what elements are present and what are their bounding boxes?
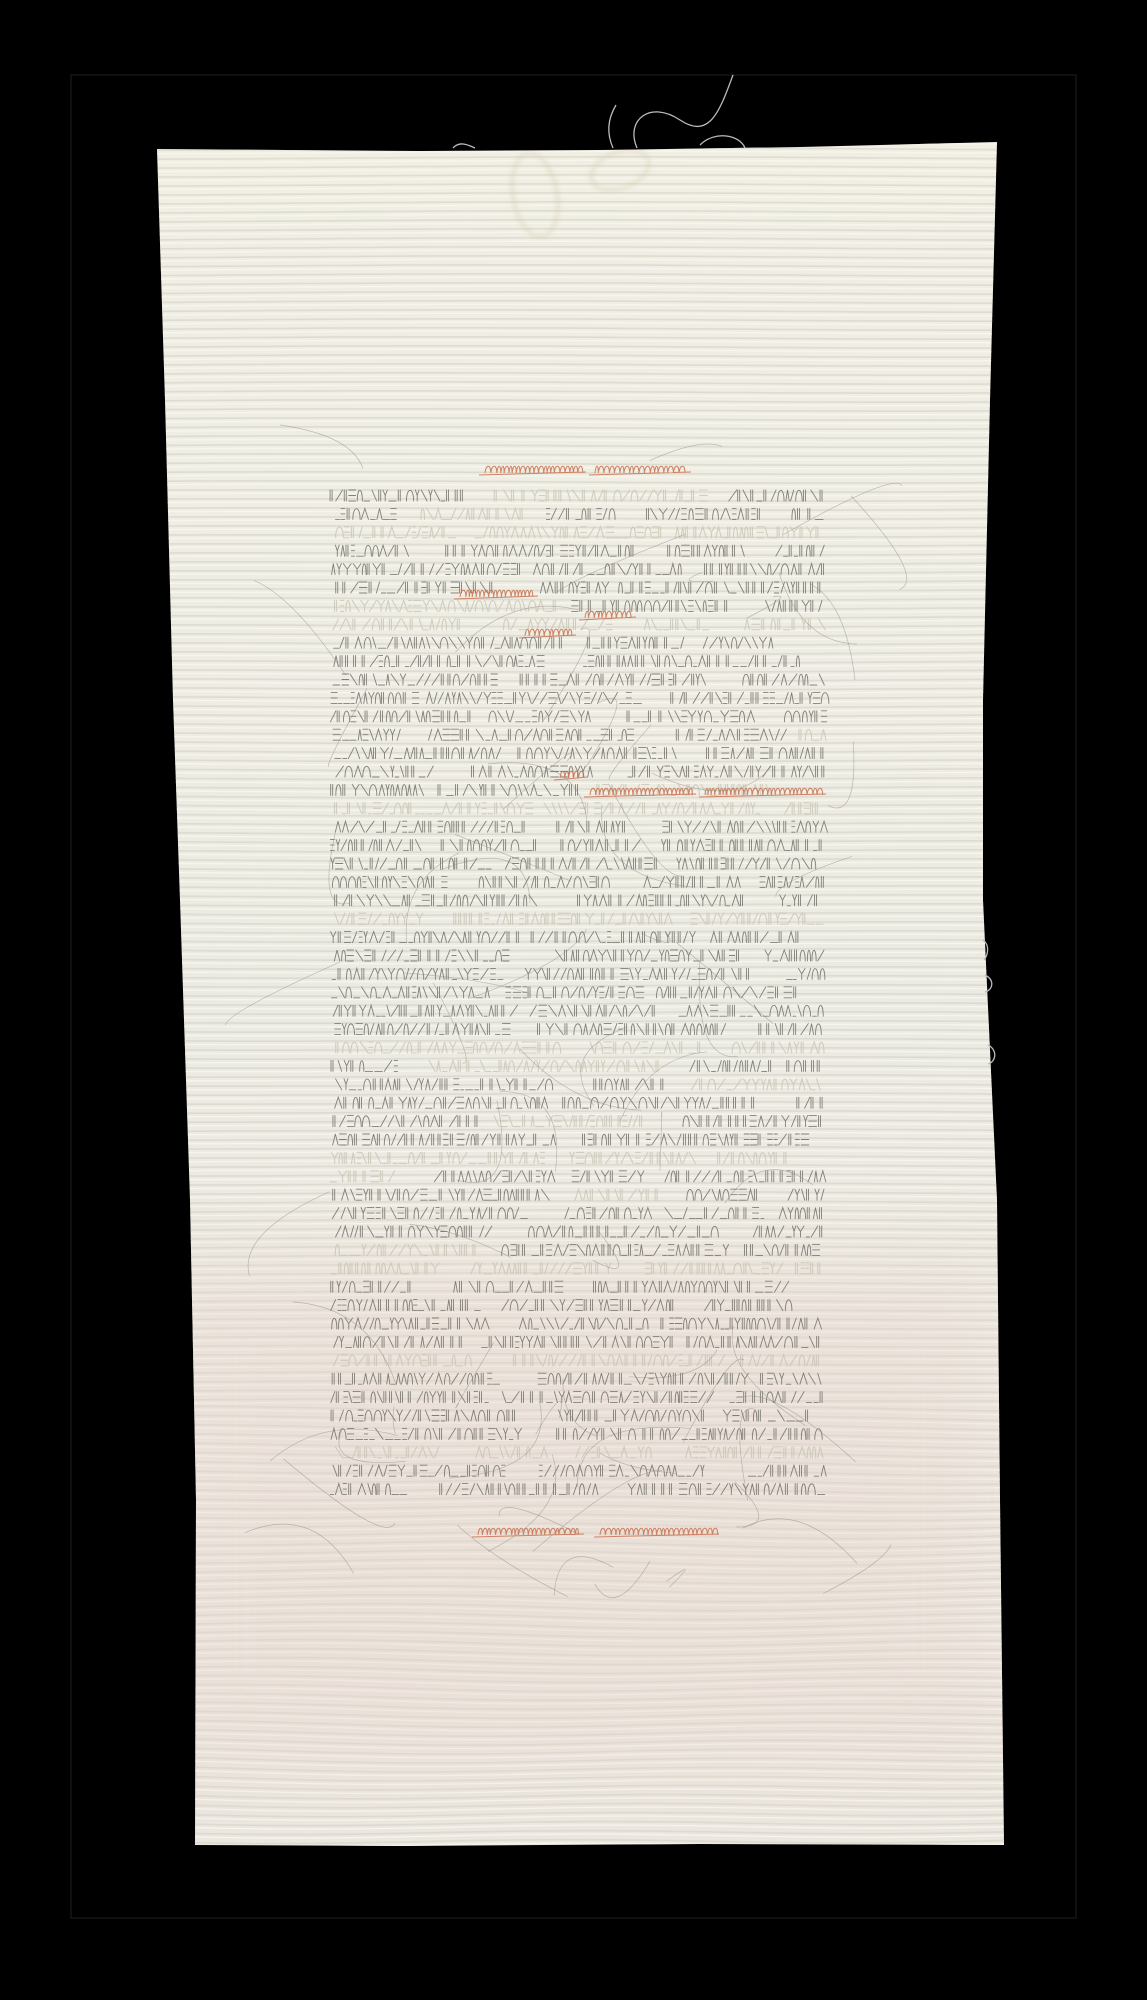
- artwork-photo: Woven textile with stitched asemic writi…: [0, 0, 1147, 2000]
- artwork-canvas: [0, 0, 1147, 2000]
- fabric-panel: [150, 139, 1010, 1847]
- pink-tint: [160, 1250, 1000, 1770]
